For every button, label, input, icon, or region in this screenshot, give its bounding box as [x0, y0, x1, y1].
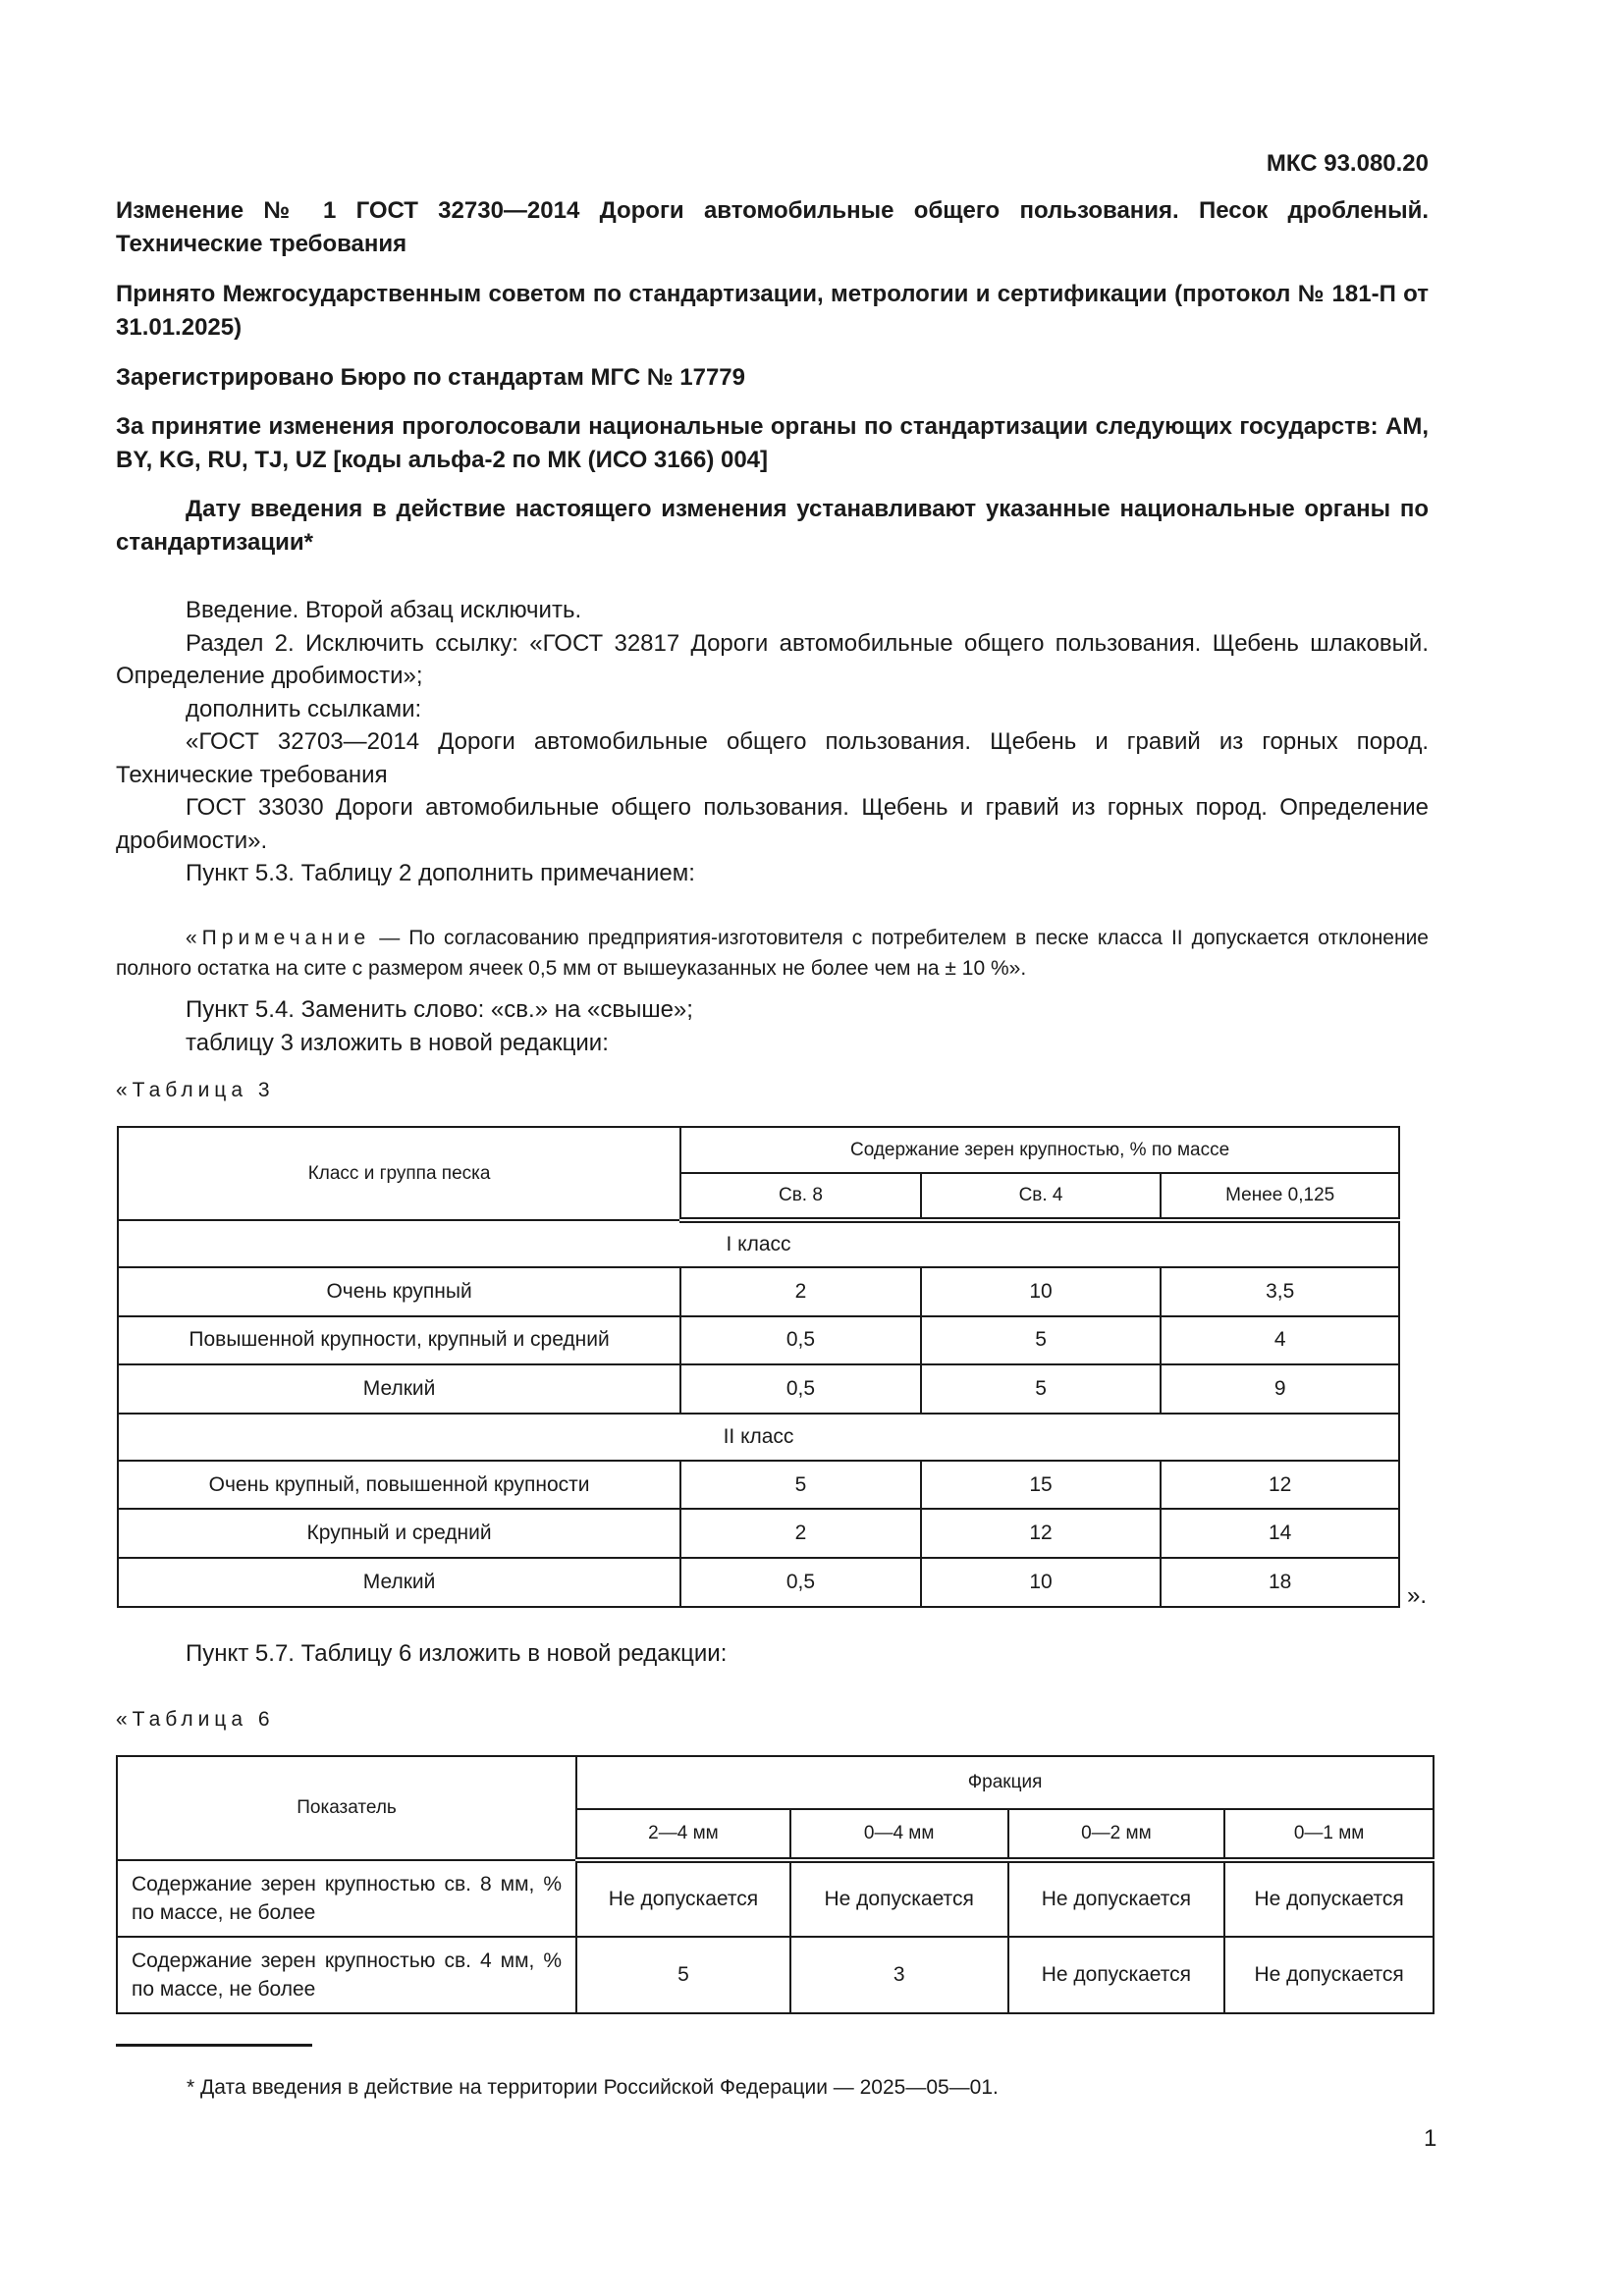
table-3: Класс и группа песка Содержание зерен кр… [117, 1126, 1400, 1608]
table3-caption: «Таблица 3 [116, 1079, 275, 1102]
cell-value: 15 [921, 1461, 1162, 1510]
header-class-group: Класс и группа песка [118, 1127, 680, 1220]
note-label: «Примечание [186, 927, 370, 949]
cell-value: 5 [921, 1316, 1162, 1365]
header-col: 0—2 мм [1008, 1809, 1225, 1860]
header-col: Св. 8 [680, 1173, 921, 1220]
footnote-divider [116, 2044, 312, 2047]
header-col: Менее 0,125 [1161, 1173, 1399, 1220]
cell-value: 3,5 [1161, 1267, 1399, 1316]
clause-5-4: Пункт 5.4. Заменить слово: «св.» на «свы… [116, 993, 1429, 1059]
registration-statement: Зарегистрировано Бюро по стандартам МГС … [116, 361, 1429, 395]
cell-value: 18 [1161, 1558, 1399, 1607]
header-content: Содержание зерен крупностью, % по массе [680, 1127, 1399, 1173]
voting-statement: За принятие изменения проголосовали наци… [116, 410, 1429, 477]
paragraph: Пункт 5.7. Таблицу 6 изложить в новой ре… [116, 1637, 1429, 1671]
table-row: Мелкий0,51018 [118, 1558, 1399, 1607]
table-row: Мелкий0,559 [118, 1364, 1399, 1414]
mks-code: МКС 93.080.20 [1267, 150, 1429, 178]
paragraph: Раздел 2. Исключить ссылку: «ГОСТ 32817 … [116, 627, 1429, 693]
header-col: 2—4 мм [576, 1809, 790, 1860]
cell-value: 5 [921, 1364, 1162, 1414]
row-name: Повышенной крупности, крупный и средний [118, 1316, 680, 1365]
paragraph: Пункт 5.4. Заменить слово: «св.» на «свы… [116, 993, 1429, 1027]
cell-value: 0,5 [680, 1316, 921, 1365]
cell-value: 0,5 [680, 1364, 921, 1414]
table2-note: «Примечание — По согласованию предприяти… [116, 923, 1429, 984]
cell-value: 14 [1161, 1509, 1399, 1558]
cell-value: 0,5 [680, 1558, 921, 1607]
amendment-body: Введение. Второй абзац исключить. Раздел… [116, 594, 1429, 890]
amendment-title: Изменение № 1 ГОСТ 32730—2014 Дороги авт… [116, 194, 1429, 261]
paragraph: Пункт 5.3. Таблицу 2 дополнить примечани… [116, 857, 1429, 890]
cell-value: Не допускается [576, 1860, 790, 1937]
row-name: Мелкий [118, 1558, 680, 1607]
cell-value: 5 [680, 1461, 921, 1510]
effective-date-statement: Дату введения в действие настоящего изме… [116, 493, 1429, 560]
table3-closing-quote: ». [1407, 1582, 1427, 1610]
cell-value: 3 [790, 1937, 1008, 2013]
cell-value: Не допускается [1224, 1860, 1434, 1937]
cell-value: 4 [1161, 1316, 1399, 1365]
cell-value: 12 [921, 1509, 1162, 1558]
cell-value: Не допускается [1008, 1937, 1225, 2013]
row-name: Очень крупный [118, 1267, 680, 1316]
footnote: * Дата введения в действие на территории… [187, 2076, 999, 2100]
table-row: Содержание зерен крупностью св. 8 мм, % … [117, 1860, 1434, 1937]
header-col: Св. 4 [921, 1173, 1162, 1220]
cell-value: 9 [1161, 1364, 1399, 1414]
cell-value: 10 [921, 1267, 1162, 1316]
cell-value: 12 [1161, 1461, 1399, 1510]
adopted-statement: Принято Межгосударственным советом по ст… [116, 278, 1429, 345]
section-header: I класс [118, 1220, 1399, 1267]
cell-value: Не допускается [1224, 1937, 1434, 2013]
cell-value: 5 [576, 1937, 790, 2013]
row-name: Содержание зерен крупностью св. 8 мм, % … [117, 1860, 576, 1937]
header-indicator: Показатель [117, 1756, 576, 1860]
table-row: Крупный и средний21214 [118, 1509, 1399, 1558]
paragraph: «ГОСТ 32703—2014 Дороги автомобильные об… [116, 725, 1429, 791]
paragraph: Введение. Второй абзац исключить. [116, 594, 1429, 627]
header-col: 0—4 мм [790, 1809, 1008, 1860]
clause-5-7: Пункт 5.7. Таблицу 6 изложить в новой ре… [116, 1637, 1429, 1671]
table6-caption: «Таблица 6 [116, 1708, 275, 1732]
row-name: Очень крупный, повышенной крупности [118, 1461, 680, 1510]
cell-value: 10 [921, 1558, 1162, 1607]
paragraph: дополнить ссылками: [116, 693, 1429, 726]
section-header: II класс [118, 1414, 1399, 1461]
header-col: 0—1 мм [1224, 1809, 1434, 1860]
cell-value: 2 [680, 1509, 921, 1558]
table-row: Повышенной крупности, крупный и средний0… [118, 1316, 1399, 1365]
row-name: Крупный и средний [118, 1509, 680, 1558]
cell-value: Не допускается [1008, 1860, 1225, 1937]
table-row: Очень крупный2103,5 [118, 1267, 1399, 1316]
row-name: Содержание зерен крупностью св. 4 мм, % … [117, 1937, 576, 2013]
header-fraction: Фракция [576, 1756, 1434, 1809]
paragraph: таблицу 3 изложить в новой редакции: [116, 1027, 1429, 1060]
table-6: Показатель Фракция 2—4 мм 0—4 мм 0—2 мм … [116, 1755, 1435, 2014]
cell-value: 2 [680, 1267, 921, 1316]
page-number: 1 [1424, 2125, 1436, 2153]
table-row: Содержание зерен крупностью св. 4 мм, % … [117, 1937, 1434, 2013]
cell-value: Не допускается [790, 1860, 1008, 1937]
row-name: Мелкий [118, 1364, 680, 1414]
table-row: Очень крупный, повышенной крупности51512 [118, 1461, 1399, 1510]
paragraph: ГОСТ 33030 Дороги автомобильные общего п… [116, 791, 1429, 857]
